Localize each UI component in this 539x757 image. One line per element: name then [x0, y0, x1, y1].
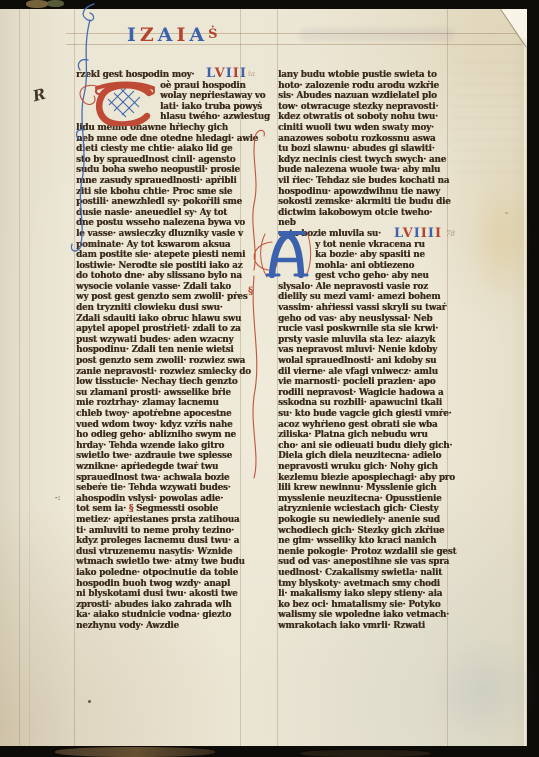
letter: Ṡ: [208, 27, 217, 42]
show-through-text: [452, 62, 524, 180]
scan-edge-artifact: [300, 750, 430, 757]
pen-flourish-blue: [44, 0, 104, 480]
text-line: pokogie su newiediely· anenie sud: [278, 515, 450, 526]
parchment-stain: [468, 180, 532, 300]
text-line: metiez· apṙiestanes prsta zatihoua: [76, 515, 240, 526]
text-line: kdyz proleges lacnemu dusi twu· a: [76, 536, 240, 547]
letter: Z: [140, 24, 158, 46]
text-line: dil vierne· ale vfagi vniwecz· amlu: [278, 367, 450, 378]
text-line: walismy sie wpoledne iako vetmach·: [278, 610, 450, 621]
text-line: hospodinu· apowzdwihnu tie nawy: [278, 187, 450, 198]
text-line: prsty vasie mluvila sta lez· aiazyk: [278, 335, 450, 346]
scan-edge-artifact: [55, 747, 215, 757]
text-line: wolal sprauedlnosti· ani kdoby su: [278, 356, 450, 367]
text-line: rodili nepravost· Wagicie hadowa a: [278, 388, 450, 399]
text-line: tu bozi slawnu· abudes gi slawiti·: [278, 144, 450, 155]
text-line: ahospodin vslysi· powolas adie·: [76, 494, 240, 505]
text-line: lany budu wtobie pustie swieta to: [278, 70, 450, 81]
text-line: oè praui hospodin: [160, 81, 240, 92]
pen-flourish-red: [238, 126, 284, 486]
text-segment: tot sem ia·: [76, 504, 129, 514]
text-line: anazowes sobotu rozkossnu aswa: [278, 134, 450, 145]
text-line: y tot nenie vkracena ru: [315, 240, 450, 251]
text-line: kdyz necinis ciest twych swych· ane: [278, 155, 450, 166]
text-line: ne gim· wsseliky kto kraci nanich: [278, 536, 450, 547]
illuminated-initial-A: [260, 228, 312, 278]
text-line: cho· ani sie odieuati budu diely gich·: [278, 441, 450, 452]
text-line: wchodiech gich· Stezky gich zkṙiue: [278, 526, 450, 537]
text-line: ciniti wuoli twu wden swaty moy·: [278, 123, 450, 134]
text-line: Diela gich diela neuzitecna· adielo: [278, 451, 450, 462]
show-through-title: [300, 28, 455, 41]
text-line: li· makalismy iako slepy stieny· aia: [278, 589, 450, 600]
letter: I: [177, 24, 190, 46]
text-line: ka bozie· aby spasiti ne: [315, 250, 450, 261]
text-line: sebeṙe tie· Tehda wzywati budes·: [76, 483, 240, 494]
text-line: hospodin buoh twog wzdy· anapl: [76, 579, 240, 590]
text-line: ziliska· Platna gich nebudu wru: [278, 430, 450, 441]
ink-speck: [505, 212, 508, 214]
text-line: nezhynu vody· Awzdie: [76, 621, 240, 632]
ink-speck: [88, 700, 91, 703]
letter: I: [240, 66, 247, 81]
text-line: wolay nepṙiestaway vo: [160, 91, 240, 102]
text-line: mohla· ani obtiezeno: [315, 261, 450, 272]
text-line: sud od vas· anepostihne sie vas spra: [278, 557, 450, 568]
manuscript-photo: IZAIAṠ LVIII ta LVIIII 78 rzekl gest hos…: [0, 0, 539, 757]
text-line: ka· aiako studnicie vodna· giezto: [76, 610, 240, 621]
scan-edge-artifact: [47, 0, 64, 7]
text-line: kdez otwratis ot soboty nohu twu·: [278, 112, 450, 123]
text-line: sis· Abudes nazuan wzdielatel plo: [278, 91, 450, 102]
text-line: nepravosti wruku gich· Nohy gich: [278, 462, 450, 473]
text-line: lili krew newinnu· Mysslenie gich: [278, 483, 450, 494]
text-line: ti· amluviti to neme prohy tezino·: [76, 526, 240, 537]
text-line: vassim· ahṙiessi vassi skryli su twaṙ: [278, 303, 450, 314]
text-line: vas nepravost mluvi· Nenie kdoby: [278, 345, 450, 356]
parchment-stain: [430, 636, 539, 741]
letter: A: [189, 24, 208, 46]
letter: I: [127, 24, 140, 46]
text-line: tmy blyskoty· avetmach smy chodi: [278, 579, 450, 590]
gutter-crease: [29, 9, 30, 746]
text-line: sokosti zemske· akrmiti tie budu die: [278, 197, 450, 208]
text-line: wtmach swietlo twe· atmy twe budu: [76, 557, 240, 568]
text-line: su· kto bude vagcie gich giesti vmṙe·: [278, 409, 450, 420]
text-line: vil ṙiec· Tehdaz sie budes kochati na: [278, 176, 450, 187]
text-line: geho od vas· aby neuslyssal· Neb: [278, 314, 450, 325]
text-line: hoto· zalozenie rodu arodu wzkṙie: [278, 81, 450, 92]
text-line: nenie pokogie· Protoz wzdalil sie gest: [278, 547, 450, 558]
text-column-right: lany budu wtobie pustie swieta tohoto· z…: [278, 70, 450, 631]
text-line: acoz wyhṙieno gest obrati sie wba: [278, 420, 450, 431]
text-line: bude nalezena wuole twa· aby mlu: [278, 165, 450, 176]
text-line: dielily su mezi vami· amezi bohem: [278, 292, 450, 303]
text-line: iako poledne· otpocinutie da tobie: [76, 568, 240, 579]
text-line: zprosti· abudes iako zahrada wlh: [76, 600, 240, 611]
text-line: ni blyskotami dusi twu· akosti twe: [76, 589, 240, 600]
text-line: kezlemu biezie apospiechagi· aby pro: [278, 473, 450, 484]
marginal-gloss: ta: [248, 70, 255, 78]
margin-paraph-mark: -:: [55, 493, 60, 502]
text-line: atryznienie wciestach gich· Ciesty: [278, 504, 450, 515]
text-line: uedlnost· Czakalismy swietla· nalit: [278, 568, 450, 579]
text-line: wmrakotach iako vmrli· Rzwati: [278, 621, 450, 632]
running-title: IZAIAṠ: [127, 24, 218, 46]
gutter-crease: [19, 9, 20, 746]
text-line: mysslenie neuzitecna· Opusstienie: [278, 494, 450, 505]
text-line: dictwim iakobowym otcie tweho·: [278, 208, 450, 219]
illuminated-initial-T: [94, 79, 156, 126]
text-line: sskodna su rozbili· apawucini tkali: [278, 398, 450, 409]
text-line: ko bez oci· hmatalismy sie· Potyko: [278, 600, 450, 611]
scan-edge-artifact: [26, 0, 48, 8]
text-line: tot sem ia· § Segmessti osobie: [76, 504, 240, 515]
text-line: hlasu twého· azwiestug: [160, 112, 240, 123]
text-segment: Segmessti osobie: [133, 504, 218, 514]
text-line: dusi vtruzenemu nasytis· Wznide: [76, 547, 240, 558]
text-line: lati· iako truba powyṡ: [160, 102, 240, 113]
page-edge: [524, 9, 526, 746]
text-line: vie marnosti· pocieli prazien· apo: [278, 377, 450, 388]
text-line: gest vcho geho· aby neu: [315, 271, 450, 282]
text-line: tow· otwracuge stezky nepravosti·: [278, 102, 450, 113]
text-line: rucie vasi poskwrnile sta sie krwi·: [278, 324, 450, 335]
letter: A: [158, 24, 177, 46]
text-line: slysalo· Ale nepravosti vasie roz: [278, 282, 450, 293]
